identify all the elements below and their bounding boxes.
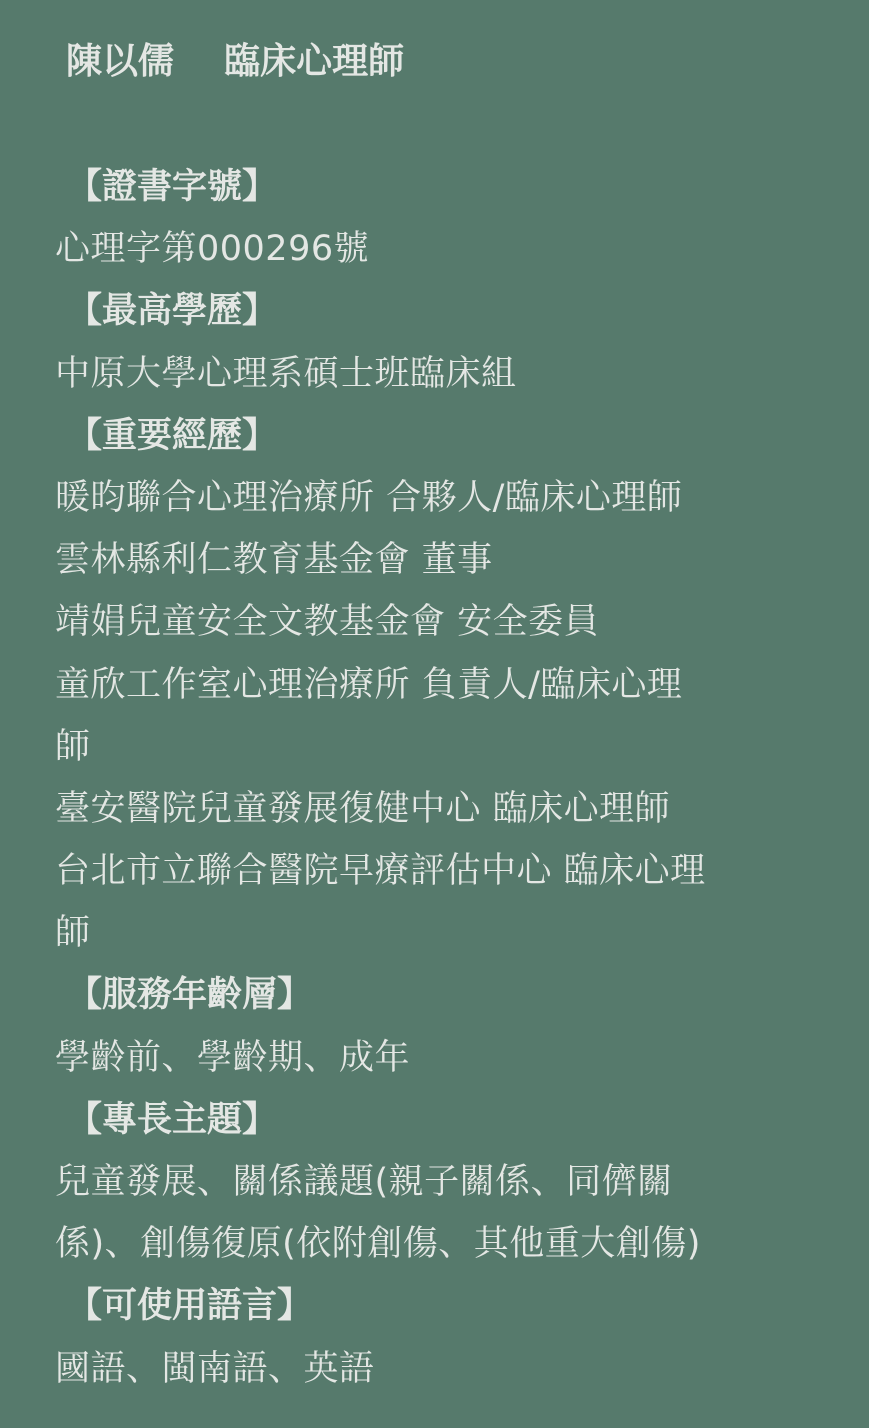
profile-content: 【證書字號】 心理字第000296號 【最高學歷】 中原大學心理系碩士班臨床組 … [55, 156, 835, 1400]
section-heading-license: 【證書字號】 [67, 156, 835, 218]
section-heading-languages: 【可使用語言】 [67, 1275, 835, 1337]
experience-item: 暖昀聯合心理治療所 合夥人/臨床心理師 [55, 467, 835, 529]
profile-title: 陳以儒 臨床心理師 [66, 36, 404, 88]
experience-item: 靖娟兒童安全文教基金會 安全委員 [55, 591, 835, 653]
experience-item-wrap: 師 [55, 716, 835, 778]
license-number: 心理字第000296號 [55, 218, 835, 280]
therapist-name: 陳以儒 [66, 41, 174, 82]
experience-item: 台北市立聯合醫院早療評估中心 臨床心理 [55, 840, 835, 902]
section-heading-experience: 【重要經歷】 [67, 405, 835, 467]
experience-item: 童欣工作室心理治療所 負責人/臨床心理 [55, 654, 835, 716]
section-heading-education: 【最高學歷】 [67, 280, 835, 342]
section-heading-age-groups: 【服務年齡層】 [67, 964, 835, 1026]
experience-item-wrap: 師 [55, 902, 835, 964]
experience-item: 雲林縣利仁教育基金會 董事 [55, 529, 835, 591]
age-groups-value: 學齡前、學齡期、成年 [55, 1027, 835, 1089]
experience-item: 臺安醫院兒童發展復健中心 臨床心理師 [55, 778, 835, 840]
specialties-value: 係)、創傷復原(依附創傷、其他重大創傷) [55, 1213, 835, 1275]
specialties-value: 兒童發展、關係議題(親子關係、同儕關 [55, 1151, 835, 1213]
therapist-role: 臨床心理師 [224, 41, 404, 82]
section-heading-specialties: 【專長主題】 [67, 1089, 835, 1151]
education-value: 中原大學心理系碩士班臨床組 [55, 343, 835, 405]
languages-value: 國語、閩南語、英語 [55, 1338, 835, 1400]
